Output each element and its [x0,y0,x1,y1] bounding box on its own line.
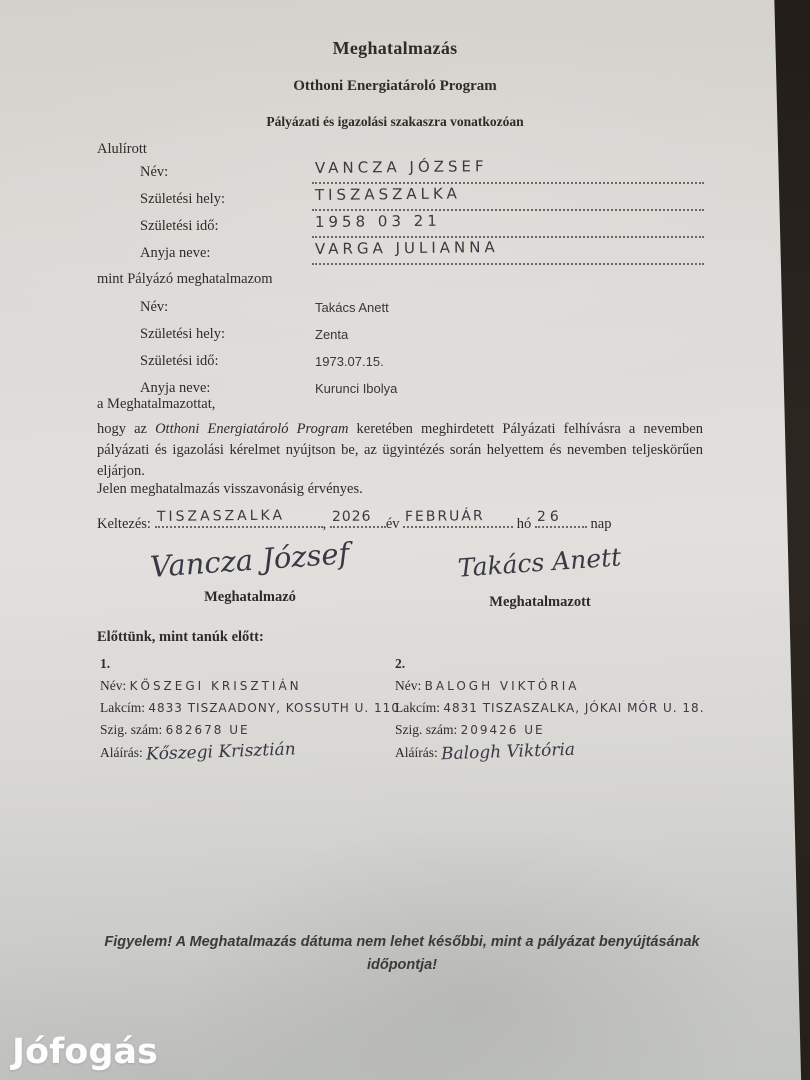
witness-id-label: Szig. szám: [395,722,457,737]
date-year-line: 2026 [330,508,386,528]
witness-address-label: Lakcím: [395,700,440,715]
agent-signature-block: Takács Anett Meghatalmazott [430,548,650,611]
witness-name-value: BALOGH VIKTÓRIA [425,679,580,693]
witness-address-value: 4833 TISZAADONY, KOSSUTH U. 110 [148,701,400,715]
date-month-suffix: hó [517,516,532,533]
date-line: Keltezés: TISZASZALKA , 2026 év FEBRUÁR … [97,508,611,533]
field-label: Anyja neve: [140,380,210,397]
principal-row-birthdate: Születési idő: 1958 03 21 [140,214,710,241]
field-label: Név: [140,299,168,316]
doc-program: Otthoni Energiatároló Program [0,78,790,95]
witness-number: 2. [395,653,795,675]
principal-birthplace-value: TISZASZALKA [315,184,461,204]
agent-row-birthdate: Születési idő: 1973.07.15. [140,349,710,376]
witness-number: 1. [100,653,395,675]
principal-signature-block: Vancza József Meghatalmazó [130,543,370,606]
witness-name-label: Név: [395,678,421,693]
witness-id-value: 682678 UE [166,723,250,737]
principal-signature: Vancza József [129,535,371,596]
witness-signature: Kőszegi Krisztián [146,738,296,765]
date-day-line: 26 [535,508,587,528]
field-label: Név: [140,164,168,181]
doc-title: Meghatalmazás [0,38,790,59]
intro-line: Alulírott [97,141,147,158]
witness-1-block: 1. Név: KŐSZEGI KRISZTIÁN Lakcím: 4833 T… [100,653,395,764]
principal-row-mother: Anyja neve: VARGA JULIANNA [140,241,710,268]
date-year-suffix: év [386,516,400,533]
principal-birthdate-value: 1958 03 21 [315,212,441,231]
agent-row-mother: Anyja neve: Kurunci Ibolya [140,376,710,403]
date-place-value: TISZASZALKA [156,508,284,525]
document-photo: Meghatalmazás Otthoni Energiatároló Prog… [0,0,810,1080]
witness-id-value: 209426 UE [461,723,545,737]
witness-sign-label: Aláírás: [395,745,438,760]
doc-scope: Pályázati és igazolási szakaszra vonatko… [0,114,790,130]
principal-row-name: Név: VANCZA JÓZSEF [140,160,710,187]
witness-name-value: KŐSZEGI KRISZTIÁN [130,679,302,693]
witness-2-block: 2. Név: BALOGH VIKTÓRIA Lakcím: 4831 TIS… [395,653,795,764]
witness-id-label: Szig. szám: [100,722,162,737]
date-place-line: TISZASZALKA [155,508,323,528]
witness-address-value: 4831 TISZASZALKA, JÓKAI MÓR U. 18. [443,701,704,715]
date-month-line: FEBRUÁR [403,508,513,528]
date-day-suffix: nap [591,516,612,533]
principal-role-line: mint Pályázó meghatalmazom [97,271,273,288]
agent-birthplace-value: Zenta [315,327,348,342]
witness-name-label: Név: [100,678,126,693]
date-comma: , [323,516,327,533]
body-paragraph: hogy az Otthoni Energiatároló Program ke… [97,419,703,482]
agent-row-name: Név: Takács Anett [140,295,710,322]
agent-signature: Takács Anett [429,540,652,599]
body-pre: hogy az [97,421,155,437]
jofogas-watermark: Jófogás [12,1032,158,1072]
witness-signature: Balogh Viktória [441,739,576,766]
date-year-value: 2026 [332,509,372,525]
witness-address-label: Lakcím: [100,700,145,715]
agent-birthdate-value: 1973.07.15. [315,354,384,369]
agent-row-birthplace: Születési hely: Zenta [140,322,710,349]
principal-row-birthplace: Születési hely: TISZASZALKA [140,187,710,214]
field-label: Születési hely: [140,326,225,343]
principal-name-value: VANCZA JÓZSEF [315,157,488,177]
agent-mother-value: Kurunci Ibolya [315,381,397,396]
field-label: Születési idő: [140,353,219,370]
date-month-value: FEBRUÁR [405,508,485,525]
field-label: Születési hely: [140,191,225,208]
agent-name-value: Takács Anett [315,300,389,315]
witnesses-heading: Előttünk, mint tanúk előtt: [97,629,264,646]
date-day-value: 26 [537,509,563,525]
body-program-italic: Otthoni Energiatároló Program [155,421,348,437]
field-label: Születési idő: [140,218,219,235]
witness-sign-label: Aláírás: [100,745,143,760]
validity-line: Jelen meghatalmazás visszavonásig érvény… [97,481,363,498]
principal-mother-value: VARGA JULIANNA [315,238,499,258]
date-label: Keltezés: [97,516,151,533]
field-label: Anyja neve: [140,245,210,262]
agent-line: a Meghatalmazottat, [97,396,215,413]
footer-warning: Figyelem! A Meghatalmazás dátuma nem leh… [92,931,712,977]
